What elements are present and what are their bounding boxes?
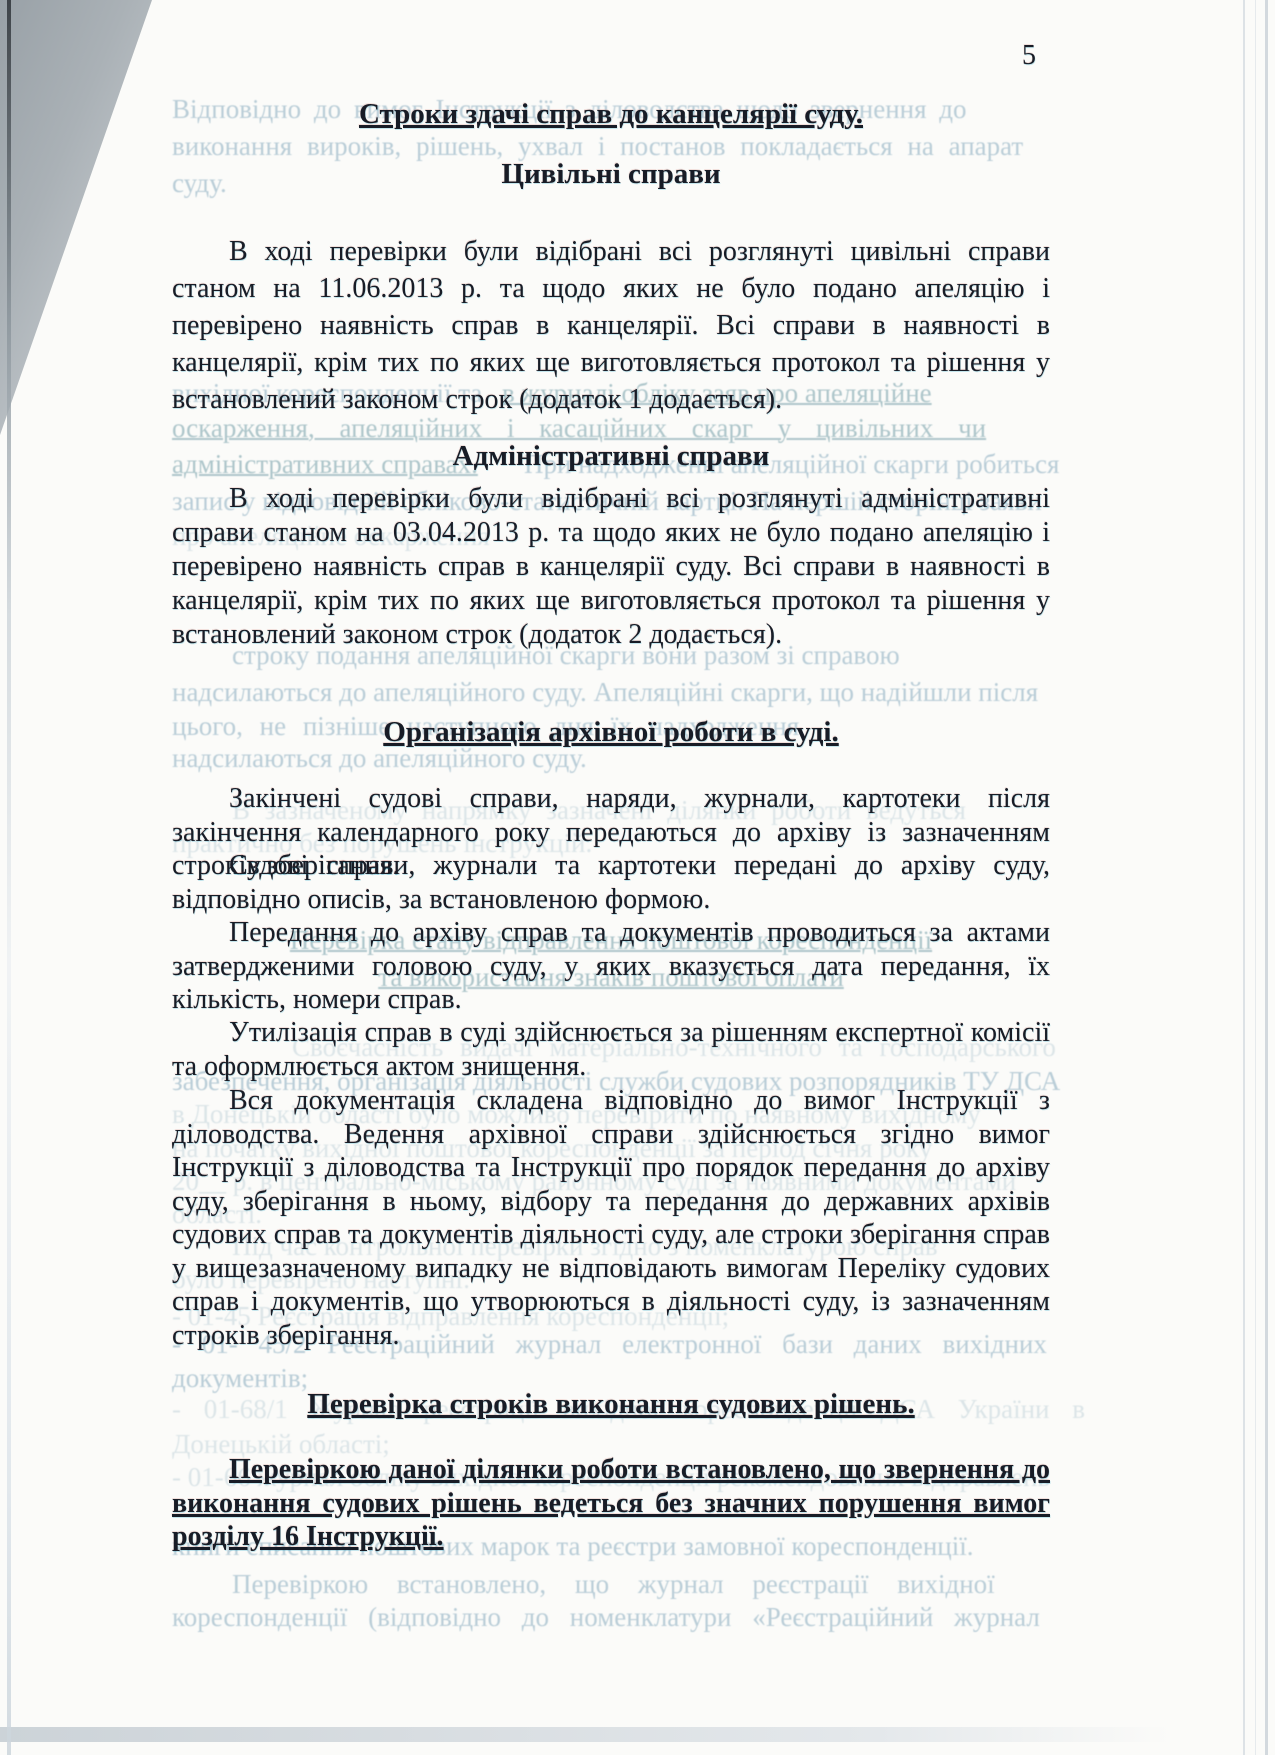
paragraph-archive-4: Утилізація справ в суді здійснюється за …: [172, 1016, 1050, 1083]
scan-corner-highlight: [0, 0, 170, 460]
scanned-document-page: Відповідно до вимог Інструкції з діловод…: [0, 0, 1275, 1755]
section-heading-deadlines: Строки здачі справ до канцелярії суду.: [172, 98, 1050, 131]
paragraph-archive-2: Судові справи, журнали та картотеки пере…: [172, 849, 1050, 916]
subsection-heading-admin-cases: Адміністративні справи: [172, 440, 1050, 473]
subsection-heading-civil-cases: Цивільні справи: [172, 158, 1050, 191]
paragraph-enforcement-conclusion: Перевіркою даної ділянки роботи встановл…: [172, 1453, 1050, 1554]
paragraph-admin-cases: В ході перевірки були відібрані всі розг…: [172, 482, 1050, 652]
scan-right-edge-line: [1243, 0, 1245, 1755]
scan-right-edge-line: [1255, 0, 1256, 1755]
section-heading-enforcement-check: Перевірка строків виконання судових ріше…: [172, 1388, 1050, 1421]
scan-bottom-shadow: [0, 1727, 1170, 1742]
scan-left-edge-line: [7, 0, 11, 1755]
section-heading-archive-work: Організація архівної роботи в суді.: [172, 716, 1050, 749]
scan-right-edge-line: [1265, 0, 1268, 1755]
document-body: Строки здачі справ до канцелярії суду. Ц…: [172, 0, 1050, 1755]
paragraph-archive-5: Вся документація складена відповідно до …: [172, 1084, 1050, 1352]
paragraph-civil-cases: В ході перевірки були відібрані всі розг…: [172, 233, 1050, 418]
paragraph-archive-3: Передання до архіву справ та документів …: [172, 916, 1050, 1017]
